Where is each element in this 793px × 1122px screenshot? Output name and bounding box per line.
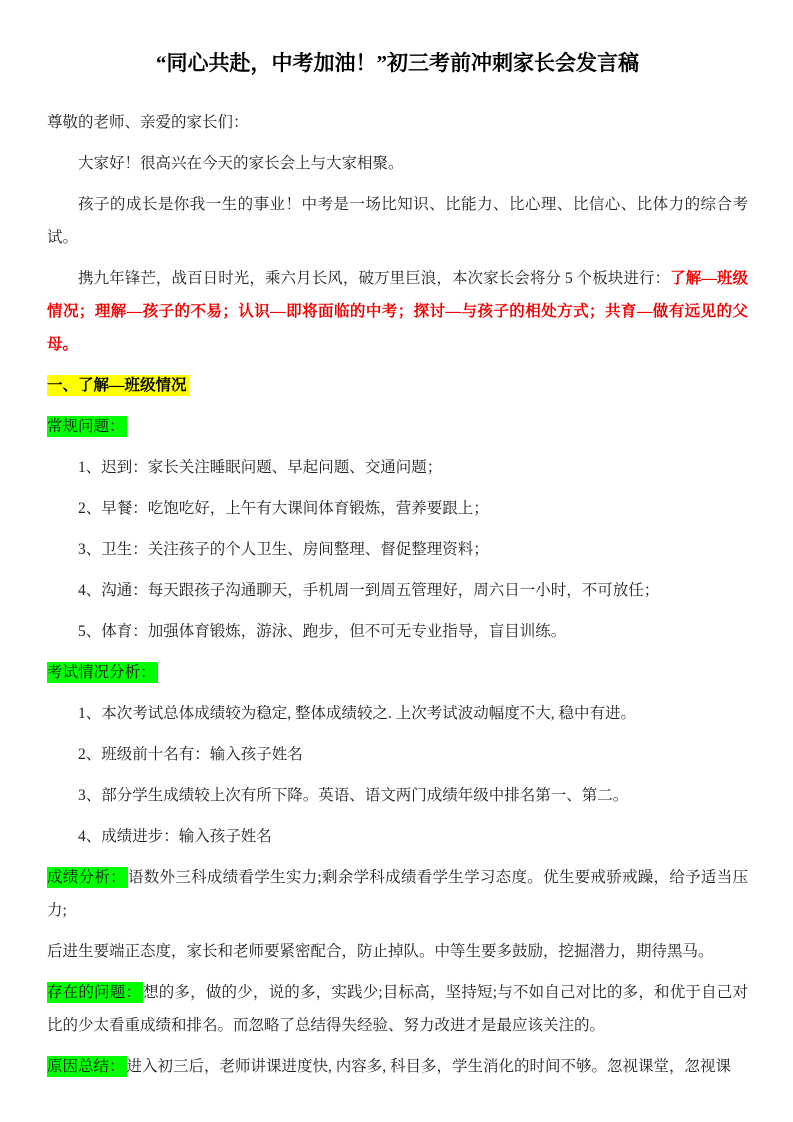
cause-summary-paragraph: 原因总结：进入初三后，老师讲课进度快, 内容多, 科目多，学生消化的时间不够。忽… <box>47 1050 748 1083</box>
problems-text: 想的多，做的少，说的多，实践少;目标高，坚持短;与不如自己对比的多，和优于自己对… <box>47 984 748 1034</box>
greeting-paragraph: 大家好！很高兴在今天的家长会上与大家相聚。 <box>47 147 748 180</box>
score-analysis-paragraph: 成绩分析：语数外三科成绩看学生实力;剩余学科成绩看学生学习态度。优生要戒骄戒躁，… <box>47 861 748 927</box>
problems-paragraph: 存在的问题：想的多，做的少，说的多，实践少;目标高，坚持短;与不如自己对比的多，… <box>47 976 748 1042</box>
routine-problems-label: 常规问题： <box>47 416 127 437</box>
exam-analysis-label: 考试情况分析： <box>47 662 158 683</box>
routine-problems-label-row: 常规问题： <box>47 410 748 443</box>
exam-item-4: 4、成绩进步：输入孩子姓名 <box>47 820 748 853</box>
mission-paragraph: 孩子的成长是你我一生的事业！中考是一场比知识、比能力、比心理、比信心、比体力的综… <box>47 188 748 254</box>
document-title: “同心共赴，中考加油！”初三考前冲刺家长会发言稿 <box>47 46 748 80</box>
exam-item-2: 2、班级前十名有：输入孩子姓名 <box>47 738 748 771</box>
exam-analysis-label-row: 考试情况分析： <box>47 656 748 689</box>
cause-summary-label: 原因总结： <box>47 1056 127 1077</box>
routine-item-3: 3、卫生：关注孩子的个人卫生、房间整理、督促整理资料； <box>47 533 748 566</box>
exam-item-3: 3、部分学生成绩较上次有所下降。英语、语文两门成绩年级中排名第一、第二。 <box>47 779 748 812</box>
routine-item-1: 1、迟到：家长关注睡眠问题、早起问题、交通问题； <box>47 451 748 484</box>
routine-item-5: 5、体育：加强体育锻炼，游泳、跑步，但不可无专业指导，盲目训练。 <box>47 615 748 648</box>
exam-item-1: 1、本次考试总体成绩较为稳定, 整体成绩较之. 上次考试波动幅度不大, 稳中有进… <box>47 697 748 730</box>
cause-summary-text: 进入初三后，老师讲课进度快, 内容多, 科目多，学生消化的时间不够。忽视课堂，忽… <box>127 1058 732 1075</box>
routine-item-4: 4、沟通：每天跟孩子沟通聊天，手机周一到周五管理好，周六日一小时，不可放任； <box>47 574 748 607</box>
salutation: 尊敬的老师、亲爱的家长们： <box>47 106 748 139</box>
score-analysis-followup: 后进生要端正态度，家长和老师要紧密配合，防止掉队。中等生要多鼓励，挖掘潜力，期待… <box>47 935 748 968</box>
section-1-heading: 一、了解—班级情况 <box>47 375 189 396</box>
routine-item-2: 2、早餐：吃饱吃好，上午有大课间体育锻炼，营养要跟上； <box>47 492 748 525</box>
score-analysis-text: 语数外三科成绩看学生实力;剩余学科成绩看学生学习态度。优生要戒骄戒躁，给予适当压… <box>47 869 748 919</box>
document-page: “同心共赴，中考加油！”初三考前冲刺家长会发言稿 尊敬的老师、亲爱的家长们： 大… <box>0 0 793 1122</box>
agenda-paragraph: 携九年锋芒，战百日时光，乘六月长风，破万里巨浪，本次家长会将分 5 个板块进行：… <box>47 262 748 361</box>
agenda-lead-text: 携九年锋芒，战百日时光，乘六月长风，破万里巨浪，本次家长会将分 5 个板块进行： <box>78 270 670 287</box>
score-analysis-label: 成绩分析： <box>47 867 128 888</box>
problems-label: 存在的问题： <box>47 982 143 1003</box>
section-1-heading-row: 一、了解—班级情况 <box>47 369 748 402</box>
